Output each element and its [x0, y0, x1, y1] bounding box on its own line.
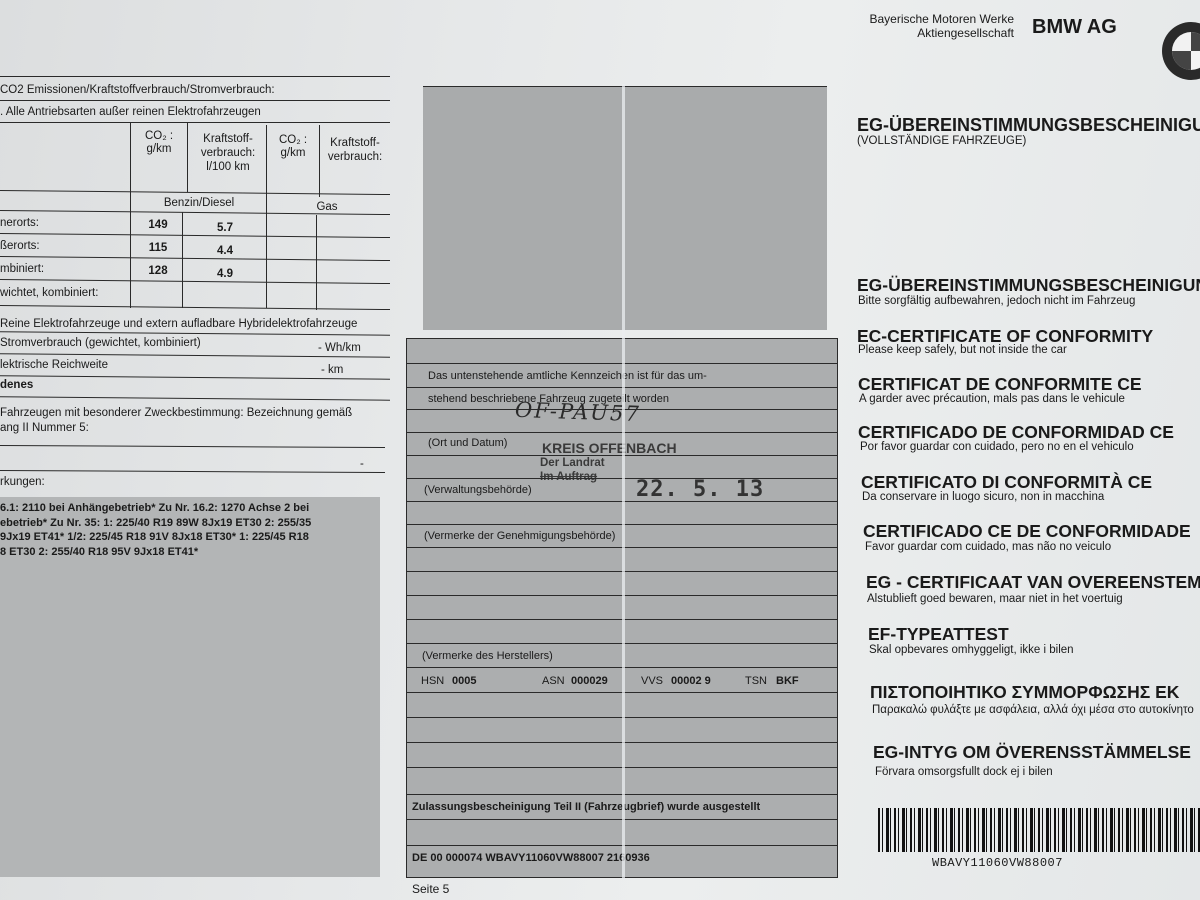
bmw-roundel-icon [1162, 22, 1200, 80]
company-name-line1: Bayerische Motoren Werke [860, 12, 1014, 26]
tsn-value: BKF [776, 675, 799, 687]
subsection-title: . Alle Antriebsarten außer reinen Elektr… [0, 106, 261, 118]
certificate-note-nl: Alstublieft goed bewaren, maar niet in h… [867, 593, 1123, 605]
hsn-label: HSN [421, 675, 444, 687]
special-purpose-line1: Fahrzeugen mit besonderer Zweckbestimmun… [0, 407, 352, 419]
place-date-label: (Ort und Datum) [428, 437, 507, 449]
other-label: denes [0, 379, 33, 391]
subsection-electric: Reine Elektrofahrzeuge und extern auflad… [0, 318, 357, 330]
barcode-text: WBAVY11060VW88007 [932, 856, 1063, 870]
remarks-text: 6.1: 2110 bei Anhängebetrieb* Zu Nr. 16.… [0, 501, 380, 559]
authority-label: (Verwaltungsbehörde) [424, 484, 532, 496]
group-header-petrol: Benzin/Diesel [132, 197, 266, 209]
remarks-label: rkungen: [0, 476, 45, 488]
certificate-title-sv: EG-INTYG OM ÖVERENSSTÄMMELSE [873, 742, 1191, 763]
main-subtitle: (VOLLSTÄNDIGE FAHRZEUGE) [857, 135, 1026, 147]
special-purpose-line2: ang II Nummer 5: [0, 422, 89, 434]
certificate-note-pt: Favor guardar com cuidado, mas não no ve… [865, 541, 1111, 553]
certificate-title-pt: CERTIFICADO CE DE CONFORMIDADE [863, 521, 1191, 542]
col-header-fuel: Kraftstoff- verbrauch: l/100 km [192, 132, 264, 174]
manufacturer-notes-label: (Vermerke des Herstellers) [422, 650, 553, 662]
power-consumption-value: - Wh/km [318, 342, 361, 354]
redacted-area [423, 86, 827, 330]
certificate-note-el: Παρακαλώ φυλάξτε με ασφάλεια, αλλά όχι μ… [872, 704, 1194, 716]
certificate-note-de: Bitte sorgfältig aufbewahren, jedoch nic… [858, 295, 1135, 307]
electric-range-value: - km [321, 364, 343, 376]
barcode-icon [878, 808, 1200, 852]
certificate-title-it: CERTIFICATO DI CONFORMITÀ CE [861, 472, 1152, 493]
certificate-note-en: Please keep safely, but not inside the c… [858, 344, 1067, 356]
date-stamp: 22. 5. 13 [636, 477, 764, 502]
page-number: Seite 5 [412, 882, 449, 896]
certificate-note-fr: A garder avec précaution, mals pas dans … [859, 393, 1125, 405]
certificate-title-nl: EG - CERTIFICAAT VAN OVEREENSTEMMING [866, 572, 1200, 593]
stamp-im-auftrag: Im Auftrag [540, 471, 597, 483]
certificate-title-es: CERTIFICADO DE CONFORMIDAD CE [858, 422, 1174, 443]
certificate-title-de: EG-ÜBEREINSTIMMUNGSBESCHEINIGUNG [857, 275, 1200, 296]
electric-range-label: lektrische Reichweite [0, 359, 108, 371]
asn-value: 000029 [571, 675, 608, 687]
certificate-note-sv: Förvara omsorgsfullt dock ej i bilen [875, 766, 1053, 778]
main-title: EG-ÜBEREINSTIMMUNGSBESCHEINIGUNG [857, 115, 1200, 136]
certificate-note-it: Da conservare in luogo sicuro, non in ma… [862, 491, 1104, 503]
stamp-district: KREIS OFFENBACH [542, 440, 677, 456]
paper-fold [622, 84, 625, 879]
power-consumption-label: Stromverbrauch (gewichtet, kombiniert) [0, 337, 201, 349]
vvs-label: VVS [641, 675, 663, 687]
vvs-value: 00002 9 [671, 675, 711, 687]
section-title: CO2 Emissionen/Kraftstoffverbrauch/Strom… [0, 84, 275, 96]
dash-value: - [360, 458, 364, 470]
company-name-line2: Aktiengesellschaft [860, 26, 1014, 40]
approval-notes-label: (Vermerke der Genehmigungsbehörde) [424, 530, 615, 542]
certificate-note-es: Por favor guardar con cuidado, pero no e… [860, 441, 1134, 453]
col-header-fuel-gas: Kraftstoff- verbrauch: [322, 136, 388, 164]
brand-name: BMW AG [1032, 16, 1117, 39]
assignment-text-line1: Das untenstehende amtliche Kennzeichen i… [428, 370, 707, 382]
col-header-co2: CO₂ : g/km [132, 130, 186, 156]
tsn-label: TSN [745, 675, 767, 687]
registration-certificate-note: Zulassungsbescheinigung Teil II (Fahrzeu… [412, 801, 760, 813]
certificate-note-da: Skal opbevares omhyggeligt, ikke i bilen [869, 644, 1074, 656]
certificate-title-el: ΠΙΣΤΟΠΟΙΗΤΙΚΟ ΣΥΜΜΟΡΦΩΣΗΣ ΕΚ [870, 682, 1179, 703]
vin-line: DE 00 000074 WBAVY11060VW88007 2160936 [412, 852, 650, 864]
group-header-gas: Gas [268, 201, 386, 213]
hsn-value: 0005 [452, 675, 476, 687]
certificate-title-fr: CERTIFICAT DE CONFORMITE CE [858, 374, 1142, 395]
col-header-co2-gas: CO₂ : g/km [270, 134, 316, 160]
stamp-landrat: Der Landrat [540, 457, 605, 469]
certificate-title-da: EF-TYPEATTEST [868, 624, 1009, 645]
asn-label: ASN [542, 675, 565, 687]
